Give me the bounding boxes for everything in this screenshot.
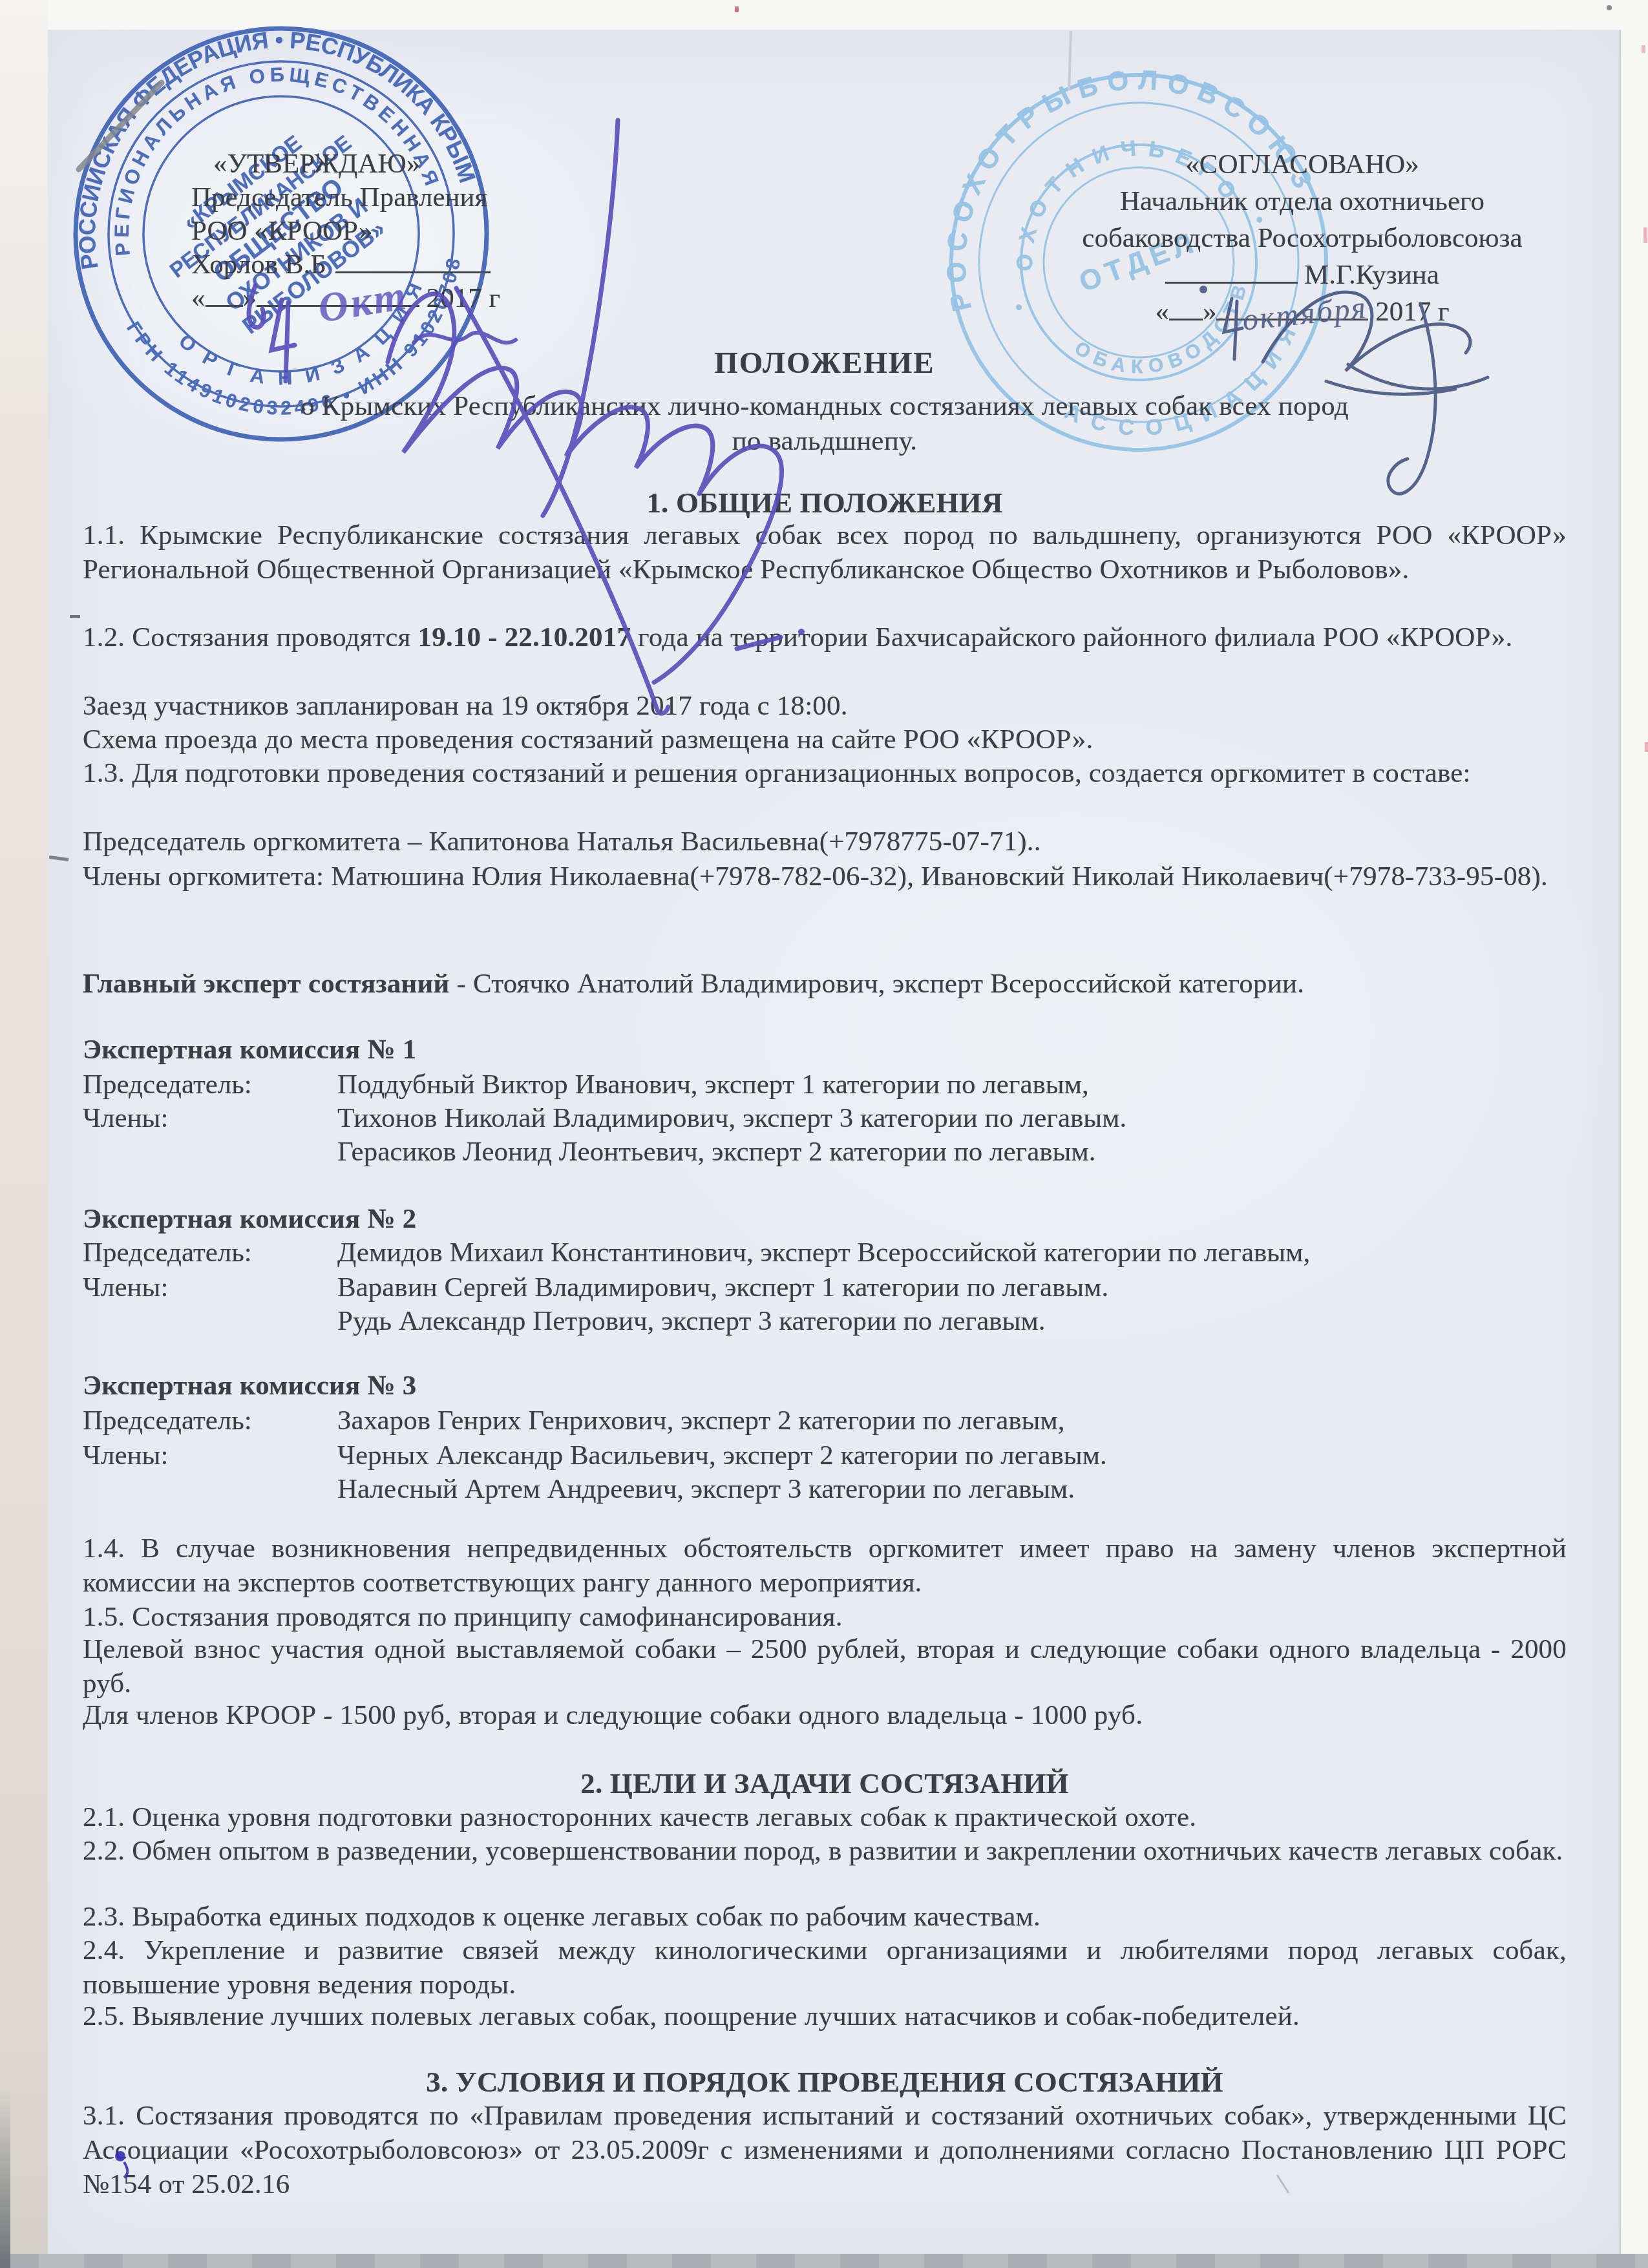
paragraph-2-4: 2.4. Укрепление и развитие связей между … <box>83 1933 1567 2002</box>
commission1-chair-row: Председатель:Поддубный Виктор Иванович, … <box>83 1067 1567 1102</box>
paragraph-orgcommittee-members: Члены оргкомитета: Матюшина Юлия Николае… <box>83 859 1567 894</box>
paragraph-1-4: 1.4. В случае возникновения непредвиденн… <box>83 1531 1567 1600</box>
competition-dates: 19.10 - 22.10.2017 <box>417 622 631 653</box>
paragraph-3-1: 3.1. Состязания проводятся по «Правилам … <box>83 2099 1567 2201</box>
commission2-chair-row: Председатель:Демидов Михаил Константинов… <box>83 1235 1567 1270</box>
scanner-backing-strip <box>0 0 48 2268</box>
paragraph-arrival: Заезд участников запланирован на 19 октя… <box>83 689 1567 723</box>
commission2-member-row: Рудь Александр Петрович, эксперт 3 катег… <box>83 1304 1567 1338</box>
commission3-title: Экспертная комиссия № 3 <box>83 1369 1567 1403</box>
agree-line1: Начальник отдела охотничьего <box>1041 183 1564 220</box>
paragraph-fee-1: Целевой взнос участия одной выставляемой… <box>83 1632 1567 1701</box>
commission1-member-row: Члены:Тихонов Николай Владимирович, эксп… <box>83 1101 1567 1135</box>
paragraph-route-map: Схема проезда до места проведения состяз… <box>83 722 1567 757</box>
document-subtitle-2: по вальдшнепу. <box>83 424 1567 458</box>
dust-speck <box>1642 45 1645 53</box>
scan-corner-shadow <box>0 2087 10 2268</box>
paragraph-2-2: 2.2. Обмен опытом в разведении, усоверше… <box>83 1834 1567 1868</box>
paragraph-1-3: 1.3. Для подготовки проведения состязани… <box>83 756 1567 790</box>
chief-expert-line: Главный эксперт состязаний - Стоячко Ана… <box>83 967 1567 1001</box>
section2-heading: 2. ЦЕЛИ И ЗАДАЧИ СОСТЯЗАНИЙ <box>83 1767 1567 1801</box>
dust-speck <box>1645 742 1648 752</box>
dust-speck <box>1643 227 1647 243</box>
dust-speck <box>70 615 80 618</box>
scanned-document-page: РОССИЙСКАЯ ФЕДЕРАЦИЯ • РЕСПУБЛИКА КРЫМ О… <box>0 0 1648 2268</box>
agree-line2: собаководства Росохотрыболовсоюза <box>1041 220 1564 257</box>
commission3-chair-row: Председатель:Захаров Генрих Генрихович, … <box>83 1403 1567 1438</box>
document-subtitle-1: о Крымских Республиканских лично-командн… <box>83 389 1567 423</box>
section3-heading: 3. УСЛОВИЯ И ПОРЯДОК ПРОВЕДЕНИЯ СОСТЯЗАН… <box>83 2065 1567 2099</box>
paragraph-2-1: 2.1. Оценка уровня подготовки разносторо… <box>83 1800 1567 1834</box>
commission1-title: Экспертная комиссия № 1 <box>83 1033 1567 1067</box>
scan-bottom-edge <box>0 2254 1648 2268</box>
section1-heading: 1. ОБЩИЕ ПОЛОЖЕНИЯ <box>83 486 1567 520</box>
paragraph-orgcommittee-chair: Председатель оргкомитета – Капитонова На… <box>83 824 1567 859</box>
paragraph-fee-2: Для членов КРООР - 1500 руб, вторая и сл… <box>83 1698 1567 1732</box>
approve-title: «УТВЕРЖДАЮ» <box>191 147 605 181</box>
svg-text:•: • <box>1012 297 1026 319</box>
paragraph-2-3: 2.3. Выработка единых подходов к оценке … <box>83 1900 1567 1934</box>
commission3-member-row: Налесный Артем Андреевич, эксперт 3 кате… <box>83 1472 1567 1506</box>
commission1-member-row: Герасиков Леонид Леонтьевич, эксперт 2 к… <box>83 1135 1567 1169</box>
commission3-member-row: Члены:Черных Александр Васильевич, экспе… <box>83 1438 1567 1473</box>
paragraph-1-5: 1.5. Состязания проводятся по принципу с… <box>83 1600 1567 1634</box>
paragraph-2-5: 2.5. Выявление лучших полевых легавых со… <box>83 1999 1567 2033</box>
approve-line1: Председатель Правления <box>191 181 605 215</box>
agree-title: «СОГЛАСОВАНО» <box>1041 146 1564 183</box>
document-title: ПОЛОЖЕНИЕ <box>83 346 1567 381</box>
dust-speck <box>735 6 739 12</box>
commission2-title: Экспертная комиссия № 2 <box>83 1202 1567 1236</box>
agree-signer-name: М.Г.Кузина <box>1041 257 1564 293</box>
approve-line2: РОО «КРООР» <box>191 215 605 248</box>
dust-speck <box>1607 5 1612 10</box>
paragraph-1-2: 1.2. Состязания проводятся 19.10 - 22.10… <box>83 620 1567 655</box>
paragraph-1-1: 1.1. Крымские Республиканские состязания… <box>83 518 1567 587</box>
commission2-member-row: Члены:Варавин Сергей Владимирович, экспе… <box>83 1270 1567 1305</box>
